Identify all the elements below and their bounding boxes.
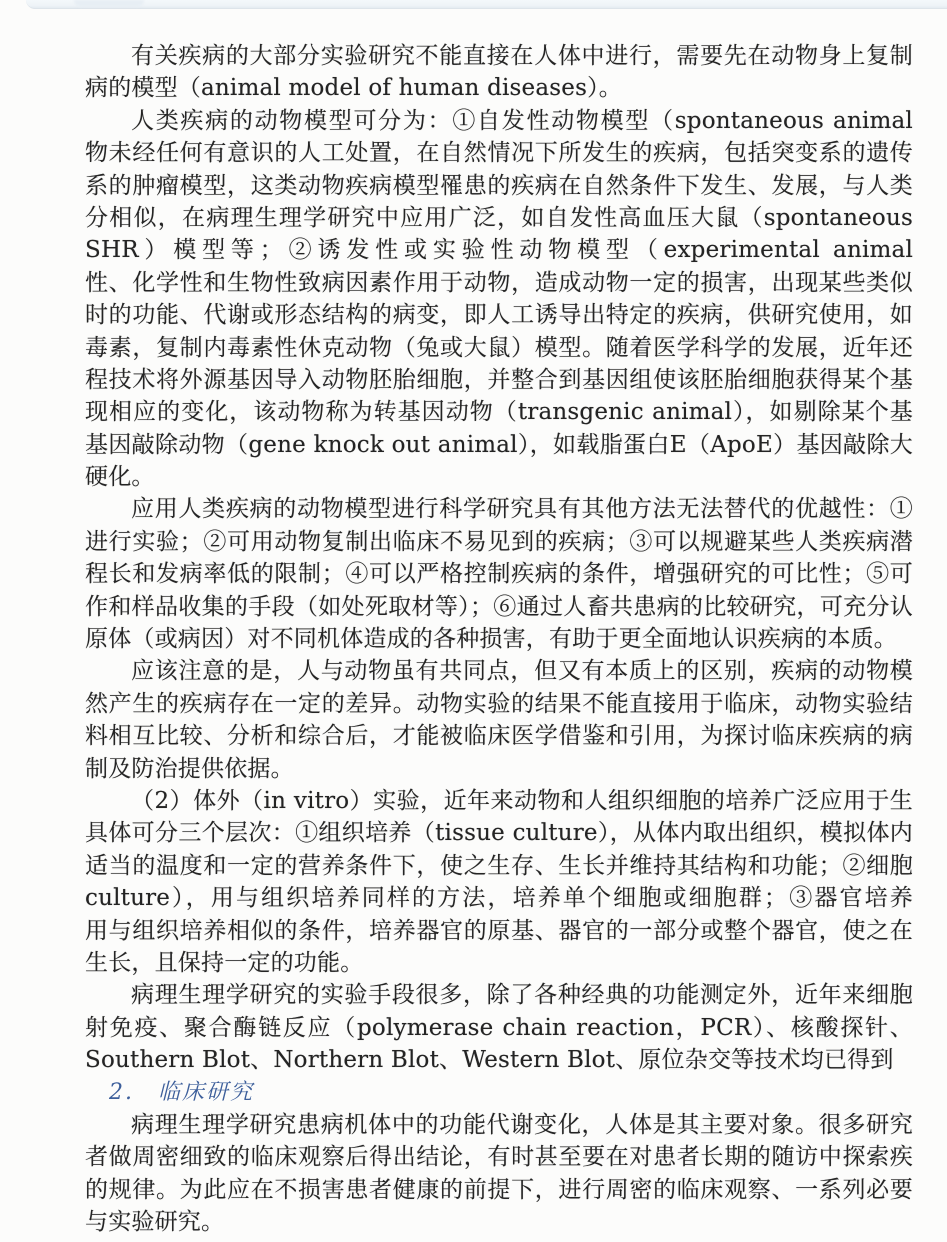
text-line: 具体可分三个层次：①组织培养（tissue culture），从体内取出组织，模… [85,817,913,849]
text-line: 然产生的疾病存在一定的差异。动物实验的结果不能直接用于临床，动物实验结果和临床资 [85,688,913,720]
text-line: 进行实验；②可用动物复制出临床不易见到的疾病；③可以规避某些人类疾病潜伏期长、病 [85,526,913,558]
text-line: 基因敲除动物（gene knock out animal），如载脂蛋白E（Apo… [85,429,913,461]
paragraph: 有关疾病的大部分实验研究不能直接在人体中进行，需要先在动物身上复制类似人类疾 病… [85,40,913,105]
text-line: 病理生理学研究的实验手段很多，除了各种经典的功能测定外，近年来细胞培养、放 [85,979,913,1011]
text-line: 应用人类疾病的动物模型进行科学研究具有其他方法无法替代的优越性：①避免在人体 [85,493,913,525]
paragraph: 病理生理学研究患病机体中的功能代谢变化，人体是其主要对象。很多研究必须在对患 者… [85,1109,913,1239]
text-line: 制及防治提供依据。 [85,753,913,785]
text-line: 者做周密细致的临床观察后得出结论，有时甚至要在对患者长期的随访中探索疾病动态发展 [85,1141,913,1173]
text-line: SHR）模型等；②诱发性或实验性动物模型（experimental animal… [85,234,913,266]
text-line: 有关疾病的大部分实验研究不能直接在人体中进行，需要先在动物身上复制类似人类疾 [85,40,913,72]
text-line: 物未经任何有意识的人工处置，在自然情况下所发生的疾病，包括突变系的遗传疾病和近交 [85,137,913,169]
text-line: 病的模型（animal model of human diseases）。 [85,72,913,104]
text-line: 适当的温度和一定的营养条件下，使之生存、生长并维持其结构和功能；②细胞培养（ce… [85,850,913,882]
text-line: 毒素，复制内毒素性休克动物（兔或大鼠）模型。随着医学科学的发展，近年还通过基因工 [85,332,913,364]
text-line: 的规律。为此应在不损害患者健康的前提下，进行周密的临床观察、一系列必要的临床检查 [85,1174,913,1206]
paragraph: 人类疾病的动物模型可分为：①自发性动物模型（spontaneous animal… [85,105,913,494]
text-line: 分相似，在病理生理学研究中应用广泛，如自发性高血压大鼠（spontaneous … [85,202,913,234]
text-line: 病理生理学研究患病机体中的功能代谢变化，人体是其主要对象。很多研究必须在对患 [85,1109,913,1141]
text-line: 射免疫、聚合酶链反应（polymerase chain reaction，PCR… [85,1012,913,1044]
text-line: 生长，且保持一定的功能。 [85,947,913,979]
paragraph: （2）体外（in vitro）实验，近年来动物和人组织细胞的培养广泛应用于生物医… [85,785,913,979]
text-line: 程长和发病率低的限制；④可以严格控制疾病的条件，增强研究的可比性；⑤可简化实验操 [85,558,913,590]
text-line: 料相互比较、分析和综合后，才能被临床医学借鉴和引用，为探讨临床疾病的病因、发病机 [85,720,913,752]
text-line: 原体（或病因）对不同机体造成的各种损害，有助于更全面地认识疾病的本质。 [85,623,913,655]
text-line: Southern Blot、Northern Blot、Western Blot… [85,1044,913,1076]
text-line: culture），用与组织培养同样的方法，培养单个细胞或细胞群；③器官培养（or… [85,882,913,914]
paragraph: 应用人类疾病的动物模型进行科学研究具有其他方法无法替代的优越性：①避免在人体 进… [85,493,913,655]
paragraph: 病理生理学研究的实验手段很多，除了各种经典的功能测定外，近年来细胞培养、放 射免… [85,979,913,1076]
text-line: 现相应的变化，该动物称为转基因动物（transgenic animal），如剔除… [85,396,913,428]
top-edge-artifact-highlight [74,0,144,7]
text-line: 用与组织培养相似的条件，培养器官的原基、器官的一部分或整个器官，使之在体外生存、 [85,915,913,947]
text-line: 与实验研究。 [85,1206,913,1238]
text-line: 硬化。 [85,461,913,493]
paragraph: 应该注意的是，人与动物虽有共同点，但又有本质上的区别，疾病的动物模型和人类自 然… [85,655,913,785]
section-heading: 2. 临床研究 [85,1077,913,1109]
text-line: 系的肿瘤模型，这类动物疾病模型罹患的疾病在自然条件下发生、发展，与人类相应疾病十 [85,170,913,202]
text-line: 程技术将外源基因导入动物胚胎细胞，并整合到基因组使该胚胎细胞获得某个基因，体内出 [85,364,913,396]
text-line: 应该注意的是，人与动物虽有共同点，但又有本质上的区别，疾病的动物模型和人类自 [85,655,913,687]
text-line: 人类疾病的动物模型可分为：①自发性动物模型（spontaneous animal… [85,105,913,137]
text-line: 作和样品收集的手段（如处死取材等）；⑥通过人畜共患病的比较研究，可充分认识同一病 [85,591,913,623]
text-line: 性、化学性和生物性致病因素作用于动物，造成动物一定的损害，出现某些类似于人类疾病 [85,267,913,299]
text-line: 时的功能、代谢或形态结构的病变，即人工诱导出特定的疾病，供研究使用，如静脉注射内 [85,299,913,331]
top-edge-artifact [26,0,947,9]
page-text: 有关疾病的大部分实验研究不能直接在人体中进行，需要先在动物身上复制类似人类疾 病… [85,40,913,1238]
text-line: （2）体外（in vitro）实验，近年来动物和人组织细胞的培养广泛应用于生物医… [85,785,913,817]
page: 有关疾病的大部分实验研究不能直接在人体中进行，需要先在动物身上复制类似人类疾 病… [0,0,947,1242]
